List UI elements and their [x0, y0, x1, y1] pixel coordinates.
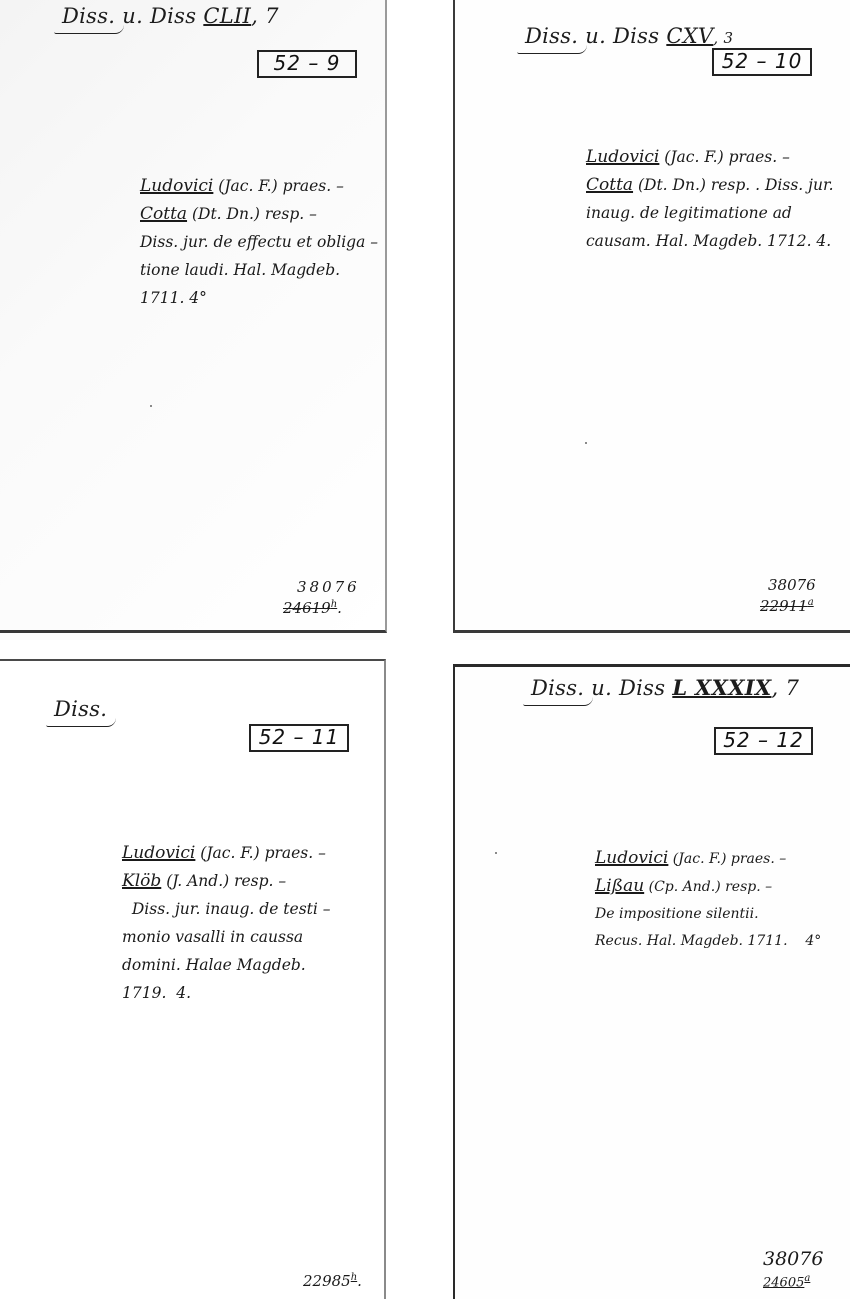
- call-number-box: 52 – 9: [257, 50, 357, 78]
- shelfmark-suffix: , 7: [251, 4, 279, 28]
- entry-text: (Jac. F.) praes. –: [668, 851, 786, 867]
- catalog-entry: Ludovici (Jac. F.) praes. – Klöb (J. And…: [122, 839, 331, 1007]
- accession-old: 22985h.: [303, 1269, 362, 1290]
- catalog-entry: Ludovici (Jac. F.) praes. – Lißau (Cp. A…: [595, 845, 821, 955]
- call-number-box: 52 – 12: [714, 727, 813, 755]
- flourish-underline: [517, 45, 587, 54]
- accession-old-suffix: a: [808, 597, 814, 608]
- respondent-name: Cotta: [140, 204, 187, 224]
- accession-old-suffix: a: [804, 1273, 810, 1284]
- entry-text: (Jac. F.) praes. –: [195, 844, 326, 862]
- entry-line: domini. Halae Magdeb.: [122, 951, 331, 979]
- entry-line: Klöb (J. And.) resp. –: [122, 867, 331, 895]
- flourish-underline: [523, 697, 593, 706]
- praeses-name: Ludovici: [122, 843, 195, 863]
- entry-line: De impositione silentii.: [595, 901, 821, 928]
- accession-old: 22911a: [760, 594, 816, 615]
- catalog-card-52-10: Diss. u. Diss CXV, 3 52 – 10 Ludovici (J…: [453, 0, 850, 633]
- entry-line: tione laudi. Hal. Magdeb.: [140, 256, 378, 284]
- praeses-name: Ludovici: [595, 848, 668, 868]
- entry-line: Ludovici (Jac. F.) praes. –: [122, 839, 331, 867]
- accession-numbers: 38076 24605a: [763, 1248, 823, 1292]
- entry-line: Diss. jur. de effectu et obliga –: [140, 228, 378, 256]
- shelfmark-roman: CXV: [666, 24, 713, 48]
- entry-text: (Jac. F.) praes. –: [659, 148, 790, 166]
- accession-old-suffix: h: [331, 599, 337, 610]
- entry-line: causam. Hal. Magdeb. 1712. 4.: [586, 227, 834, 255]
- catalog-entry: Ludovici (Jac. F.) praes. – Cotta (Dt. D…: [140, 172, 378, 312]
- entry-line: Ludovici (Jac. F.) praes. –: [595, 845, 821, 873]
- entry-text: (Cp. And.) resp. –: [644, 879, 772, 895]
- respondent-name: Cotta: [586, 175, 633, 195]
- accession-numbers: 38076 22911a: [760, 576, 816, 615]
- entry-text: (J. And.) resp. –: [161, 872, 286, 890]
- paper-speck: [495, 852, 497, 854]
- shelfmark: Diss.: [54, 697, 107, 721]
- entry-line: Cotta (Dt. Dn.) resp. . Diss. jur.: [586, 171, 834, 199]
- accession-old: 24605a: [763, 1270, 823, 1292]
- flourish-underline: [46, 718, 116, 727]
- catalog-card-52-11: Diss. 52 – 11 Ludovici (Jac. F.) praes. …: [0, 659, 386, 1299]
- accession-numbers: 38076 24619h.: [283, 578, 360, 617]
- entry-line: Lißau (Cp. And.) resp. –: [595, 873, 821, 901]
- catalog-entry: Ludovici (Jac. F.) praes. – Cotta (Dt. D…: [586, 143, 834, 255]
- entry-text: (Dt. Dn.) resp. –: [187, 205, 317, 223]
- shelfmark-roman: L XXXIX: [672, 675, 771, 700]
- entry-line: Recus. Hal. Magdeb. 1711. 4°: [595, 928, 821, 955]
- respondent-name: Klöb: [122, 871, 161, 891]
- accession-old: 24619h.: [283, 596, 360, 617]
- paper-speck: [585, 442, 587, 444]
- entry-line: 1711. 4°: [140, 284, 378, 312]
- entry-line: Cotta (Dt. Dn.) resp. –: [140, 200, 378, 228]
- accession-old-number: 22911: [760, 597, 808, 615]
- accession-old-suffix: h: [351, 1272, 357, 1283]
- praeses-name: Ludovici: [140, 176, 213, 196]
- call-number-box: 52 – 11: [249, 724, 349, 752]
- accession-old-number: 24619: [283, 599, 331, 617]
- catalog-card-52-9: Diss. u. Diss CLII, 7 52 – 9 Ludovici (J…: [0, 0, 387, 633]
- accession-current: 38076: [760, 576, 816, 594]
- catalog-card-52-12: Diss. u. Diss L XXXIX, 7 52 – 12 Ludovic…: [453, 664, 850, 1299]
- shelfmark: Diss. u. Diss CXV, 3: [525, 24, 733, 48]
- paper-speck: [150, 405, 152, 407]
- respondent-name: Lißau: [595, 876, 644, 896]
- accession-current: 38076: [763, 1248, 823, 1270]
- accession-numbers: 22985h.: [303, 1269, 362, 1290]
- flourish-underline: [54, 25, 124, 34]
- entry-line: Diss. jur. inaug. de testi –: [122, 895, 331, 923]
- accession-old-number: 24605: [763, 1275, 804, 1290]
- entry-text: (Jac. F.) praes. –: [213, 177, 344, 195]
- accession-current: 38076: [283, 578, 360, 596]
- shelfmark: Diss. u. Diss CLII, 7: [62, 4, 279, 28]
- shelfmark-suffix: , 7: [772, 676, 800, 700]
- entry-line: Ludovici (Jac. F.) praes. –: [140, 172, 378, 200]
- entry-line: 1719. 4.: [122, 979, 331, 1007]
- shelfmark: Diss. u. Diss L XXXIX, 7: [531, 675, 799, 700]
- entry-line: inaug. de legitimatione ad: [586, 199, 834, 227]
- praeses-name: Ludovici: [586, 147, 659, 167]
- entry-text: (Dt. Dn.) resp. . Diss. jur.: [633, 176, 834, 194]
- shelfmark-suffix: , 3: [713, 29, 733, 47]
- entry-line: monio vasalli in caussa: [122, 923, 331, 951]
- call-number-box: 52 – 10: [712, 48, 812, 76]
- shelfmark-roman: CLII: [203, 4, 251, 28]
- entry-line: Ludovici (Jac. F.) praes. –: [586, 143, 834, 171]
- accession-old-number: 22985: [303, 1272, 351, 1290]
